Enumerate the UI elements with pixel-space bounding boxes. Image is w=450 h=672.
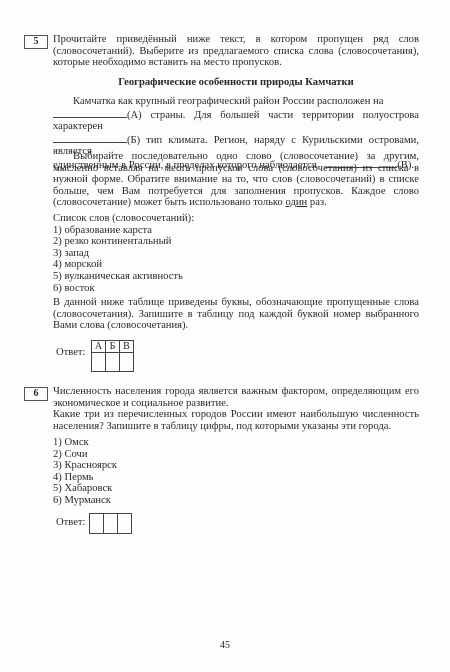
text-title: Географические особенности природы Камча…: [53, 77, 419, 89]
answer-cell-b[interactable]: [106, 353, 120, 372]
task-question: Какие три из перечисленных городов Росси…: [53, 409, 419, 432]
list-item: 5) Хабаровск: [53, 483, 117, 495]
list-item: 6) восток: [53, 283, 194, 295]
task-number-box: 6: [24, 387, 48, 401]
word-list: Список слов (словосочетаний): 1) образов…: [53, 213, 194, 294]
answer-cell-a[interactable]: [92, 353, 106, 372]
answer-header-a: А: [92, 341, 106, 353]
blank-a[interactable]: [53, 108, 127, 118]
answer-table-6: [89, 513, 132, 534]
list-item: 4) Пермь: [53, 472, 117, 484]
answer-cell-v[interactable]: [120, 353, 134, 372]
answer-label: Ответ:: [56, 347, 86, 359]
city-list: 1) Омск 2) Сочи 3) Красноярск 4) Пермь 5…: [53, 437, 117, 507]
answer-header-b: Б: [106, 341, 120, 353]
answer-input-row: [92, 353, 134, 372]
word-list-heading: Список слов (словосочетаний):: [53, 213, 194, 225]
answer-cell-1[interactable]: [90, 514, 104, 534]
answer-cell-3[interactable]: [118, 514, 132, 534]
list-item: 1) Омск: [53, 437, 117, 449]
answer-input-row: [90, 514, 132, 534]
instructions-1: Выбирайте последовательно одно слово (сл…: [53, 151, 419, 209]
list-item: 6) Мурманск: [53, 495, 117, 507]
answer-table-5: А Б В: [91, 340, 134, 372]
answer-cell-2[interactable]: [104, 514, 118, 534]
instructions-1-text: Выбирайте последовательно одно слово (сл…: [53, 151, 419, 208]
answer-header-v: В: [120, 341, 134, 353]
task-intro: Прочитайте приведённый ниже текст, в кот…: [53, 34, 419, 69]
gap-text-part1: Камчатка как крупный географический райо…: [73, 96, 383, 107]
list-item: 3) запад: [53, 248, 194, 260]
answer-label: Ответ:: [56, 517, 86, 529]
list-item: 3) Красноярск: [53, 460, 117, 472]
instructions-1-end: раз.: [310, 197, 327, 208]
list-item: 2) Сочи: [53, 449, 117, 461]
answer-header-row: А Б В: [92, 341, 134, 353]
task-number-box: 5: [24, 35, 48, 49]
list-item: 1) образование карста: [53, 225, 194, 237]
list-item: 2) резко континентальный: [53, 236, 194, 248]
list-item: 5) вулканическая активность: [53, 271, 194, 283]
page-number: 45: [0, 640, 450, 652]
task-intro: Численность населения города является ва…: [53, 386, 419, 409]
blank-b[interactable]: [53, 133, 127, 143]
list-item: 4) морской: [53, 259, 194, 271]
instructions-1-underlined: один: [286, 197, 308, 208]
instructions-2: В данной ниже таблице приведены буквы, о…: [53, 297, 419, 332]
